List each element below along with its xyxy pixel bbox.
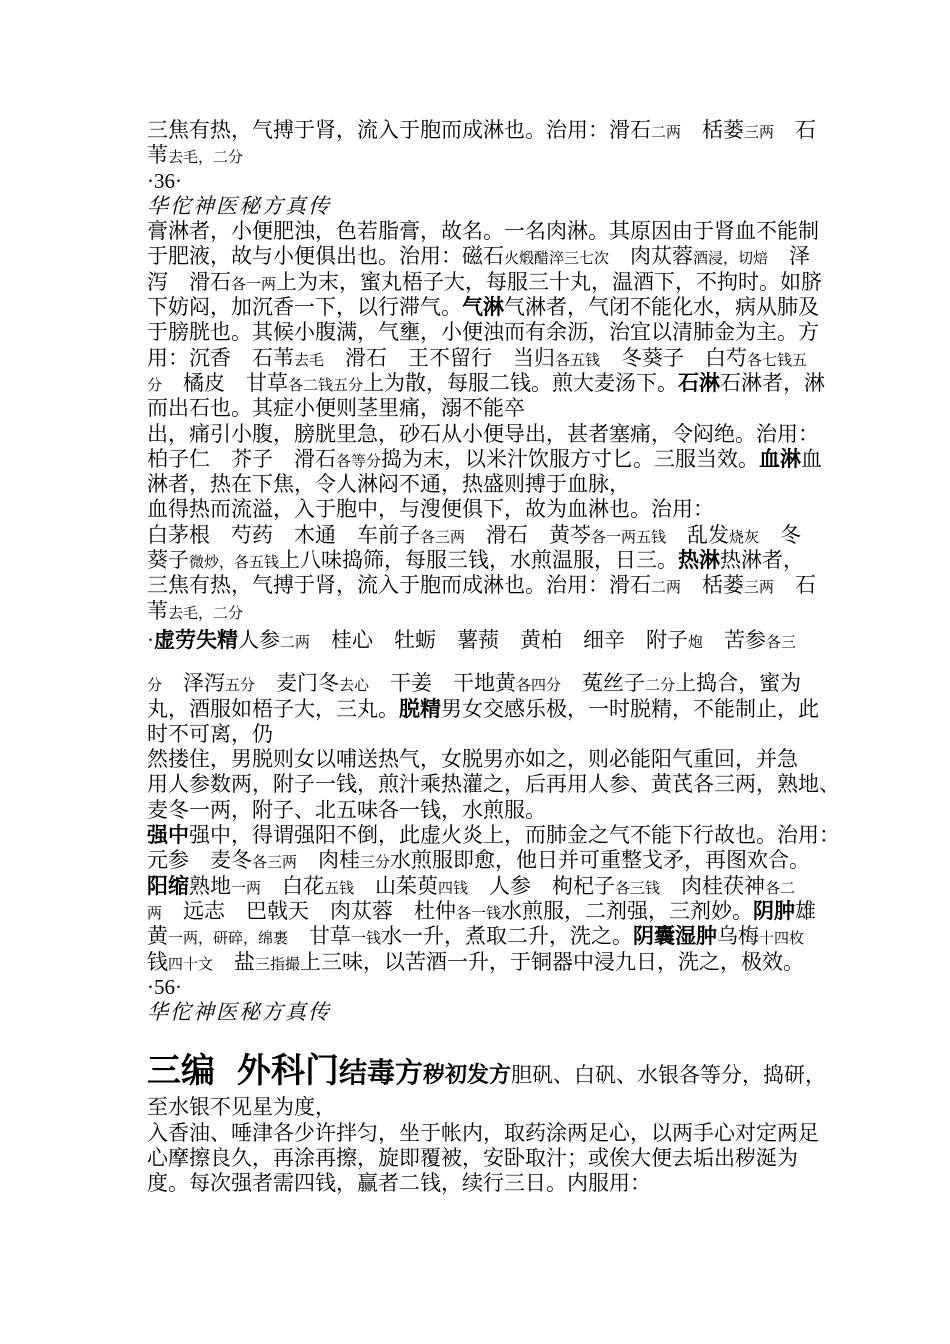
text-segment: 肉苁蓉 xyxy=(609,244,693,268)
text-segment: 于肥液，故与小便俱出也。治用：磁石 xyxy=(147,244,504,268)
text-segment: 时不可离，仍 xyxy=(147,722,273,746)
text-segment: 阴肿 xyxy=(753,900,795,923)
text-segment: 各七钱五 xyxy=(747,353,807,369)
text-line: 柏子仁 芥子 滑石各等分捣为末，以米汁饮服方寸匕。三服当效。血淋血 xyxy=(147,447,830,472)
text-line: 黄一两，研碎，绵裹 甘草一钱水一升，煮取二升，洗之。阴囊湿肿乌梅十四枚 xyxy=(147,924,830,949)
text-segment: 滑石 王不留行 当归 xyxy=(324,346,555,370)
text-segment: 各三两 xyxy=(252,855,297,871)
text-segment: 泻 滑石 xyxy=(147,270,231,294)
text-line: 丸，酒服如梧子大，三丸。脱精男女交感乐极，一时脱精，不能制止，此 xyxy=(147,697,830,722)
text-segment: 炮 xyxy=(688,635,703,651)
text-segment: 下妨闷，加沉香一下，以行滞气。 xyxy=(147,295,462,319)
text-segment: 度。每次强者需四钱，赢者二钱，续行三日。内服用： xyxy=(147,1171,651,1195)
text-segment: 阳缩 xyxy=(147,875,189,898)
text-segment: 于膀胱也。其候小腹满，气壅，小便浊而有余沥，治宜以清肺金为主。方 xyxy=(147,320,819,344)
text-segment: 淋者，热在下焦，令人淋闷不通，热盛则搏于血脉， xyxy=(147,472,630,496)
text-segment: 结毒方 xyxy=(339,1057,423,1088)
text-segment: 三焦有热，气搏于肾，流入于胞而成淋也。治用：滑石 xyxy=(147,118,651,142)
text-segment: 分 xyxy=(147,378,162,394)
text-line: 入香油、唾津各少许拌匀，坐于帐内，取药涂两足心，以两手心对定两足 xyxy=(147,1121,830,1146)
text-segment: 盐 xyxy=(213,950,255,974)
text-segment: 血 xyxy=(801,447,822,471)
running-title: 华佗神医秘方真传 xyxy=(147,1000,830,1025)
text-segment: 乱发 xyxy=(666,523,729,547)
text-segment: · xyxy=(147,628,154,652)
text-segment: 虚劳失精 xyxy=(154,629,238,652)
text-segment: 三指撮 xyxy=(255,957,300,973)
text-segment: 华佗神医秘方真传 xyxy=(147,194,331,218)
text-line: 苇去毛，二分 xyxy=(147,599,830,624)
text-segment: 二分 xyxy=(645,678,675,694)
text-segment: 二两 xyxy=(651,125,681,141)
page-number: ·56· xyxy=(147,975,830,1000)
text-segment: 麦冬一两，附子、北五味各一钱，水煎服。 xyxy=(147,798,546,822)
text-segment: 华佗神医秘方真传 xyxy=(147,1000,331,1024)
text-segment: 外科门 xyxy=(237,1052,339,1090)
text-line: 用：沉香 石苇去毛 滑石 王不留行 当归各五钱 冬葵子 白芍各七钱五 xyxy=(147,346,830,371)
text-segment: 入香油、唾津各少许拌匀，坐于帐内，取药涂两足心，以两手心对定两足 xyxy=(147,1121,819,1145)
text-segment: 泽泻 xyxy=(162,671,225,695)
text-segment: 二两 xyxy=(280,635,310,651)
text-segment: 各五钱 xyxy=(555,353,600,369)
text-segment: 二两 xyxy=(651,580,681,596)
text-line: 于膀胱也。其候小腹满，气壅，小便浊而有余沥，治宜以清肺金为主。方 xyxy=(147,320,830,345)
text-segment: 橘皮 甘草 xyxy=(162,371,288,395)
text-line: 强中强中，得谓强阳不倒，此虚火炎上，而肺金之气不能下行故也。治用： xyxy=(147,823,830,848)
text-segment: ·56· xyxy=(147,975,182,999)
text-segment: 膏淋者，小便肥浊，色若脂膏，故名。一名肉淋。其原因由于肾血不能制 xyxy=(147,219,819,243)
text-segment: 三分 xyxy=(360,855,390,871)
text-segment: 人参 xyxy=(238,628,280,652)
text-segment: 肉桂茯神 xyxy=(660,874,765,898)
text-line: 葵子微炒，各五钱上八味捣筛，每服三钱，水煎温服，日三。热淋热淋者， xyxy=(147,548,830,573)
text-segment: 上捣合，蜜为 xyxy=(675,671,801,695)
text-segment: 血淋 xyxy=(759,448,801,471)
text-segment: 菟丝子 xyxy=(561,671,645,695)
text-segment: 雄 xyxy=(795,899,816,923)
text-segment: 桂心 牡蛎 薯蓣 黄柏 细辛 附子 xyxy=(310,628,688,652)
text-segment: 强中，得谓强阳不倒，此虚火炎上，而肺金之气不能下行故也。治用： xyxy=(189,823,840,847)
text-segment: 甘草 xyxy=(288,924,351,948)
text-segment: 五钱 xyxy=(324,881,354,897)
text-line: 分 橘皮 甘草各二钱五分上为散，每服二钱。煎大麦汤下。石淋石淋者，淋 xyxy=(147,371,830,396)
text-segment: 白茅根 芍药 木通 车前子 xyxy=(147,523,420,547)
running-title: 华佗神医秘方真传 xyxy=(147,194,830,219)
text-segment: 男女交感乐极，一时脱精，不能制止，此 xyxy=(441,697,819,721)
text-segment: 血得热而流溢，入于胞中，与溲便俱下，故为血淋也。治用： xyxy=(147,497,714,521)
text-segment: 四钱 xyxy=(438,881,468,897)
text-segment: 火煅醋淬三七次 xyxy=(504,251,609,267)
text-segment: 冬葵子 白芍 xyxy=(600,346,747,370)
document-page: 三焦有热，气搏于肾，流入于胞而成淋也。治用：滑石二两 栝蒌三两 石苇去毛，二分·… xyxy=(0,0,950,1344)
text-segment: 而出石也。其症小便则茎里痛，溺不能卒 xyxy=(147,396,525,420)
page-number: ·36· xyxy=(147,169,830,194)
text-line: 血得热而流溢，入于胞中，与溲便俱下，故为血淋也。治用： xyxy=(147,497,830,522)
text-segment: 黄 xyxy=(147,924,168,948)
text-segment: 滑石 黄芩 xyxy=(465,523,591,547)
text-segment: 冬 xyxy=(759,523,801,547)
text-segment: 上八味捣筛，每服三钱，水煎温服，日三。 xyxy=(279,548,678,572)
text-segment: ·36· xyxy=(147,169,182,193)
text-segment: 白花 xyxy=(261,874,324,898)
text-line: 阳缩熟地一两 白花五钱 山茱萸四钱 人参 枸杞子各三钱 肉桂茯神各二 xyxy=(147,874,830,899)
text-line: 元参 麦冬各三两 肉桂三分水煎服即愈，他日并可重整戈矛，再图欢合。 xyxy=(147,848,830,873)
text-segment: 石 xyxy=(774,118,816,142)
text-segment: 栝蒌 xyxy=(681,573,744,597)
text-segment: 上为末，蜜丸梧子大，每服三十丸，温酒下，不拘时。如脐 xyxy=(276,270,822,294)
text-line: 心摩擦良久，再涂再擦，旋即覆被，安卧取汁；或俟大便去垢出秽涎为 xyxy=(147,1146,830,1171)
text-segment: 各三 xyxy=(766,635,796,651)
text-segment: 苇 xyxy=(147,143,168,167)
text-segment: 三编 xyxy=(147,1052,215,1090)
vertical-gap xyxy=(147,1025,830,1047)
text-segment: 胆矾、白矾、水银各等分，捣研， xyxy=(511,1063,826,1087)
text-segment: 水一升，煮取二升，洗之。 xyxy=(381,924,633,948)
text-segment: 各等分 xyxy=(336,454,381,470)
text-segment: 元参 麦冬 xyxy=(147,848,252,872)
text-segment: 各三钱 xyxy=(615,881,660,897)
text-line: 分 泽泻五分 麦门冬去心 干姜 干地黄各四分 菟丝子二分上捣合，蜜为 xyxy=(147,671,830,696)
vertical-gap xyxy=(147,653,830,671)
text-segment: 栝蒌 xyxy=(681,118,744,142)
text-segment: 干姜 干地黄 xyxy=(369,671,516,695)
text-line: 淋者，热在下焦，令人淋闷不通，热盛则搏于血脉， xyxy=(147,472,830,497)
text-line: 时不可离，仍 xyxy=(147,722,830,747)
text-line: 用人参数两，附子一钱，煎汁乘热灌之，后再用人参、黄芪各三两，熟地、 xyxy=(147,772,830,797)
text-line: 而出石也。其症小便则茎里痛，溺不能卒 xyxy=(147,396,830,421)
text-segment: 各一钱 xyxy=(456,906,501,922)
text-segment: 各四分 xyxy=(516,678,561,694)
text-segment: 阴囊湿肿 xyxy=(633,925,717,948)
text-segment: 三焦有热，气搏于肾，流入于胞而成淋也。治用：滑石 xyxy=(147,573,651,597)
text-line: 膏淋者，小便肥浊，色若脂膏，故名。一名肉淋。其原因由于肾血不能制 xyxy=(147,219,830,244)
text-line: 三焦有热，气搏于肾，流入于胞而成淋也。治用：滑石二两 栝蒌三两 石 xyxy=(147,118,830,143)
text-segment: 一两，研碎，绵裹 xyxy=(168,931,288,947)
text-segment: 然搂住，男脱则女以哺送热气，女脱男亦如之，则必能阳气重回，并急 xyxy=(147,747,798,771)
text-line: 三焦有热，气搏于肾，流入于胞而成淋也。治用：滑石二两 栝蒌三两 石 xyxy=(147,573,830,598)
text-segment: 各一两五钱 xyxy=(591,530,666,546)
text-line: 于肥液，故与小便俱出也。治用：磁石火煅醋淬三七次 肉苁蓉酒浸，切焙 泽 xyxy=(147,244,830,269)
text-line: 白茅根 芍药 木通 车前子各三两 滑石 黄芩各一两五钱 乱发烧灰 冬 xyxy=(147,523,830,548)
text-segment: 分 xyxy=(147,678,162,694)
text-segment: 柏子仁 芥子 滑石 xyxy=(147,447,336,471)
text-segment: 四十文 xyxy=(168,957,213,973)
text-segment: 三两 xyxy=(744,125,774,141)
text-line: 两 远志 巴戟天 肉苁蓉 杜仲各一钱水煎服，二剂强，三剂妙。阴肿雄 xyxy=(147,899,830,924)
document-content: 三焦有热，气搏于肾，流入于胞而成淋也。治用：滑石二两 栝蒌三两 石苇去毛，二分·… xyxy=(147,118,830,1197)
text-segment: 脱精 xyxy=(399,698,441,721)
text-segment: 心摩擦良久，再涂再擦，旋即覆被，安卧取汁；或俟大便去垢出秽涎为 xyxy=(147,1146,798,1170)
text-segment: 两 xyxy=(147,906,162,922)
text-segment: 捣为末，以米汁饮服方寸匕。三服当效。 xyxy=(381,447,759,471)
text-segment: 石淋 xyxy=(678,372,720,395)
text-line: 钱四十文 盐三指撮上三味，以苦酒一升，于铜器中浸九日，洗之，极效。 xyxy=(147,950,830,975)
text-segment: 强中 xyxy=(147,824,189,847)
text-segment: 出，痛引小腹，膀胱里急，砂石从小便导出，甚者塞痛，令闷绝。治用： xyxy=(147,422,819,446)
text-line: 然搂住，男脱则女以哺送热气，女脱男亦如之，则必能阳气重回，并急 xyxy=(147,747,830,772)
text-segment: 麦门冬 xyxy=(255,671,339,695)
text-segment: 钱 xyxy=(147,950,168,974)
text-segment: 苦参 xyxy=(703,628,766,652)
text-segment: 肉桂 xyxy=(297,848,360,872)
text-segment: 苇 xyxy=(147,599,168,623)
text-segment: 微炒，各五钱 xyxy=(189,555,279,571)
text-segment: 人参 枸杞子 xyxy=(468,874,615,898)
text-segment: 用人参数两，附子一钱，煎汁乘热灌之，后再用人参、黄芪各三两，熟地、 xyxy=(147,772,840,796)
text-segment: 一两 xyxy=(231,881,261,897)
chapter-heading: 三编外科门结毒方秽初发方胆矾、白矾、水银各等分，捣研， xyxy=(147,1047,830,1095)
text-segment: 秽初发方 xyxy=(423,1062,511,1087)
text-segment: 各三两 xyxy=(420,530,465,546)
text-segment: 气淋 xyxy=(462,296,504,319)
text-line: 泻 滑石各一两上为末，蜜丸梧子大，每服三十丸，温酒下，不拘时。如脐 xyxy=(147,270,830,295)
text-segment: 熟地 xyxy=(189,874,231,898)
text-line: 出，痛引小腹，膀胱里急，砂石从小便导出，甚者塞痛，令闷绝。治用： xyxy=(147,422,830,447)
text-segment: 远志 巴戟天 肉苁蓉 杜仲 xyxy=(162,899,456,923)
text-segment: 五分 xyxy=(225,678,255,694)
text-line: 至水银不见星为度， xyxy=(147,1095,830,1120)
text-segment: 各二 xyxy=(765,881,795,897)
text-segment: 去心 xyxy=(339,678,369,694)
text-segment: 山茱萸 xyxy=(354,874,438,898)
text-segment: 丸，酒服如梧子大，三丸。 xyxy=(147,697,399,721)
text-line: 苇去毛，二分 xyxy=(147,143,830,168)
text-segment: 上三味，以苦酒一升，于铜器中浸九日，洗之，极效。 xyxy=(300,950,804,974)
text-segment: 水煎服，二剂强，三剂妙。 xyxy=(501,899,753,923)
text-segment: 去毛，二分 xyxy=(168,606,243,622)
text-segment: 至水银不见星为度， xyxy=(147,1095,336,1119)
text-segment: 热淋者， xyxy=(720,548,804,572)
text-line: ·虚劳失精人参二两 桂心 牡蛎 薯蓣 黄柏 细辛 附子炮 苦参各三 xyxy=(147,628,830,653)
text-line: 下妨闷，加沉香一下，以行滞气。气淋气淋者，气闭不能化水，病从肺及 xyxy=(147,295,830,320)
text-segment: 十四枚 xyxy=(759,931,804,947)
text-line: 度。每次强者需四钱，赢者二钱，续行三日。内服用： xyxy=(147,1171,830,1196)
text-segment: 三两 xyxy=(744,580,774,596)
text-segment: 烧灰 xyxy=(729,530,759,546)
text-segment: 上为散，每服二钱。煎大麦汤下。 xyxy=(363,371,678,395)
text-segment: 气淋者，气闭不能化水，病从肺及 xyxy=(504,295,819,319)
text-segment: 各一两 xyxy=(231,277,276,293)
text-segment: 乌梅 xyxy=(717,924,759,948)
text-segment: 热淋 xyxy=(678,549,720,572)
text-segment: 用：沉香 石苇 xyxy=(147,346,294,370)
text-segment: 石 xyxy=(774,573,816,597)
text-segment: 水煎服即愈，他日并可重整戈矛，再图欢合。 xyxy=(390,848,810,872)
text-segment: 葵子 xyxy=(147,548,189,572)
text-segment: 各二钱五分 xyxy=(288,378,363,394)
text-segment: 去毛 xyxy=(294,353,324,369)
text-segment: 酒浸，切焙 xyxy=(693,251,768,267)
text-segment: 一钱 xyxy=(351,931,381,947)
text-segment: 去毛，二分 xyxy=(168,150,243,166)
text-line: 麦冬一两，附子、北五味各一钱，水煎服。 xyxy=(147,798,830,823)
text-segment: 泽 xyxy=(768,244,810,268)
text-segment: 石淋者，淋 xyxy=(720,371,825,395)
